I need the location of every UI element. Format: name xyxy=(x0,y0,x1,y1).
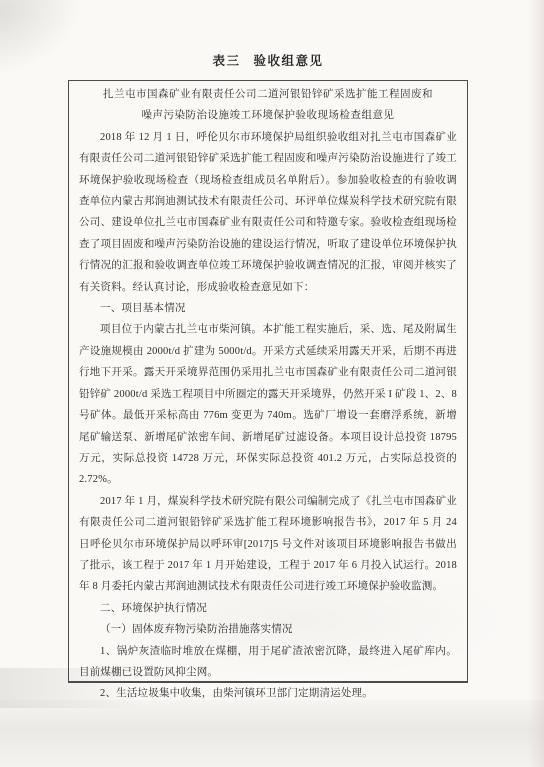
opinion-header-line1: 扎兰屯市国森矿业有限责任公司二道河银铅锌矿采选扩能工程固废和 xyxy=(79,84,457,105)
solid-waste-item-1: 1、锅炉灰渣临时堆放在煤棚，用于尾矿渣浓密沉降，最终进入尾矿库内。目前煤棚已设置… xyxy=(79,641,457,684)
table-title-label: 验收组意见 xyxy=(254,54,324,68)
table-number-label: 表三 xyxy=(212,54,240,68)
page-title: 表三验收组意见 xyxy=(68,51,468,69)
paragraph-project-overview: 项目位于内蒙古扎兰屯市柴河镇。本扩能工程实施后，采、选、尾及附属生产设施规模由 … xyxy=(79,319,457,490)
subsection-2-1-heading: （一）固体废弃物污染防治措施落实情况 xyxy=(79,619,457,640)
section-1-heading: 一、项目基本情况 xyxy=(79,298,457,319)
scan-artifact xyxy=(0,700,544,767)
paragraph-intro: 2018 年 12 月 1 日，呼伦贝尔市环境保护局组织验收组对扎兰屯市国森矿业… xyxy=(79,127,457,298)
scan-artifact xyxy=(528,0,544,767)
section-2-heading: 二、环境保护执行情况 xyxy=(79,598,457,619)
paragraph-eia-history: 2017 年 1 月，煤炭科学技术研究院有限公司编制完成了《扎兰屯市国森矿业有限… xyxy=(79,491,457,598)
scan-artifact xyxy=(0,0,102,83)
document-page: 表三验收组意见 扎兰屯市国森矿业有限责任公司二道河银铅锌矿采选扩能工程固废和 噪… xyxy=(0,0,544,767)
solid-waste-item-2: 2、生活垃圾集中收集，由柴河镇环卫部门定期清运处理。 xyxy=(79,683,457,704)
opinion-table: 扎兰屯市国森矿业有限责任公司二道河银铅锌矿采选扩能工程固废和 噪声污染防治设施竣… xyxy=(68,80,468,683)
opinion-header-line2: 噪声污染防治设施竣工环境保护验收现场检查组意见 xyxy=(79,105,457,126)
